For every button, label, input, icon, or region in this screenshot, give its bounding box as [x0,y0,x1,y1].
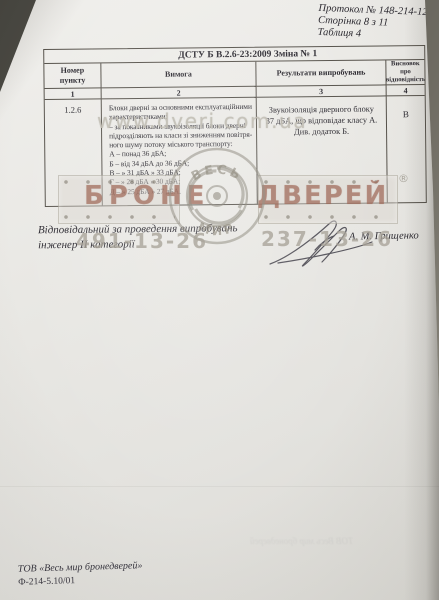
signatory-name: А. М. Грищенко [349,230,419,242]
item-number-cell: 1.2.6 [45,99,103,206]
column-header-results: Результати випробувань [256,60,386,86]
column-header-item: Номер пункту [44,63,101,89]
conclusion-cell: В [387,96,426,202]
page-header: Протокол № 148-214-12 Сторінка 8 з 11 Та… [317,3,428,43]
document-page: Протокол № 148-214-12 Сторінка 8 з 11 Та… [0,0,439,600]
page-footer: ТОВ «Весь мир бронедверей» Ф-214-5.10/01 [18,560,143,588]
engineer-line: інженер ІІ категорії [38,235,288,252]
requirement-cell: Блоки дверні за основними експлуатаційни… [102,98,258,206]
column-header-requirement: Вимога [101,62,256,89]
column-number-4: 4 [387,85,425,96]
column-number-1: 1 [45,88,102,100]
column-header-conclusion: Висновок про відповідність [386,60,424,85]
paper-crease [0,486,439,487]
photo-background: Протокол № 148-214-12 Сторінка 8 з 11 Та… [0,0,439,600]
show-through-text: ТОВ Весь мир бронедверей [250,536,353,546]
test-results-table: ДСТУ Б В.2.6-23:2009 Зміна № 1 Номер пун… [43,45,427,207]
result-cell: Звукоізоляція дверного блоку 37 дБА, що … [257,96,388,203]
responsible-block: Відповідальний за проведення випробувань… [38,221,288,253]
